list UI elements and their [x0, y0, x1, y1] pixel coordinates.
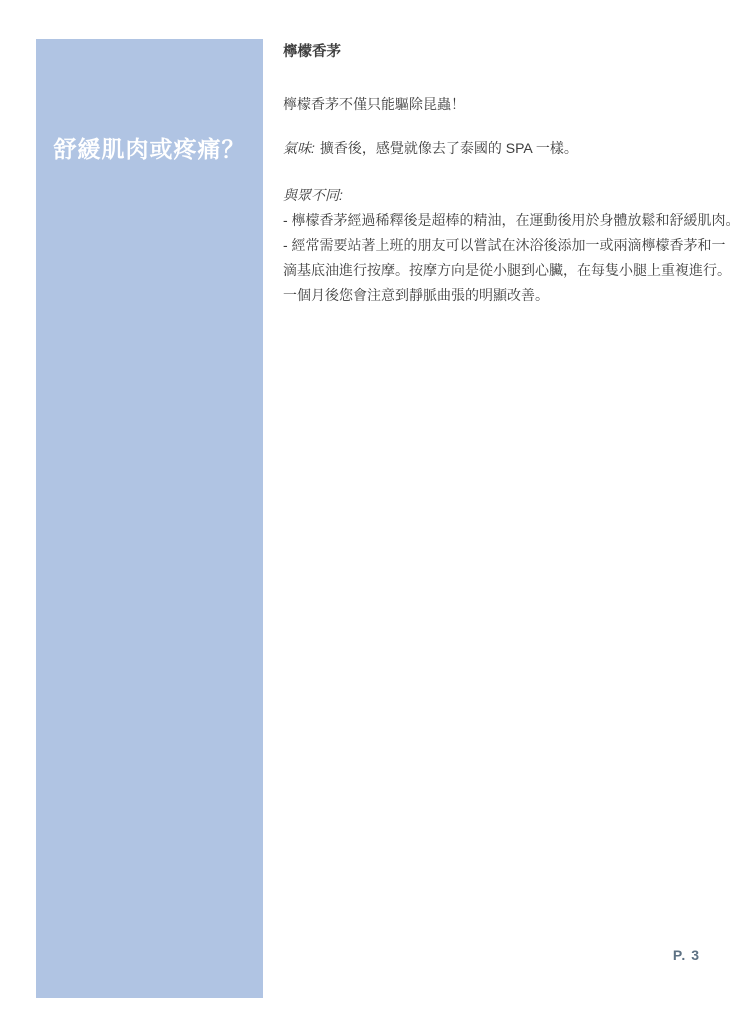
scent-label: 氣味:: [283, 140, 315, 156]
sidebar-banner: 舒緩肌肉或疼痛？: [36, 39, 263, 998]
document-page: 舒緩肌肉或疼痛？ 檸檬香茅 檸檬香茅不僅只能驅除昆蟲！ 氣味:擴香後，感覺就像去…: [0, 0, 752, 1023]
sidebar-title: 舒緩肌肉或疼痛？: [36, 135, 263, 165]
main-content: 檸檬香茅 檸檬香茅不僅只能驅除昆蟲！ 氣味:擴香後，感覺就像去了泰國的 SPA …: [283, 40, 749, 308]
section-title: 檸檬香茅: [283, 40, 749, 65]
scent-paragraph: 氣味:擴香後，感覺就像去了泰國的 SPA 一樣。: [283, 136, 749, 161]
scent-text: 擴香後，感覺就像去了泰國的 SPA 一樣。: [320, 140, 578, 156]
page-number: P. 3: [673, 947, 700, 963]
intro-paragraph: 檸檬香茅不僅只能驅除昆蟲！: [283, 92, 749, 117]
different-section: 與眾不同: - 檸檬香茅經過稀釋後是超棒的精油，在運動後用於身體放鬆和舒緩肌肉。…: [283, 183, 749, 308]
bullet-item: - 檸檬香茅經過稀釋後是超棒的精油，在運動後用於身體放鬆和舒緩肌肉。: [283, 208, 749, 233]
different-label: 與眾不同:: [283, 183, 749, 208]
bullet-item: - 經常需要站著上班的朋友可以嘗試在沐浴後添加一或兩滴檸檬香茅和一 滴基底油進行…: [283, 233, 749, 308]
